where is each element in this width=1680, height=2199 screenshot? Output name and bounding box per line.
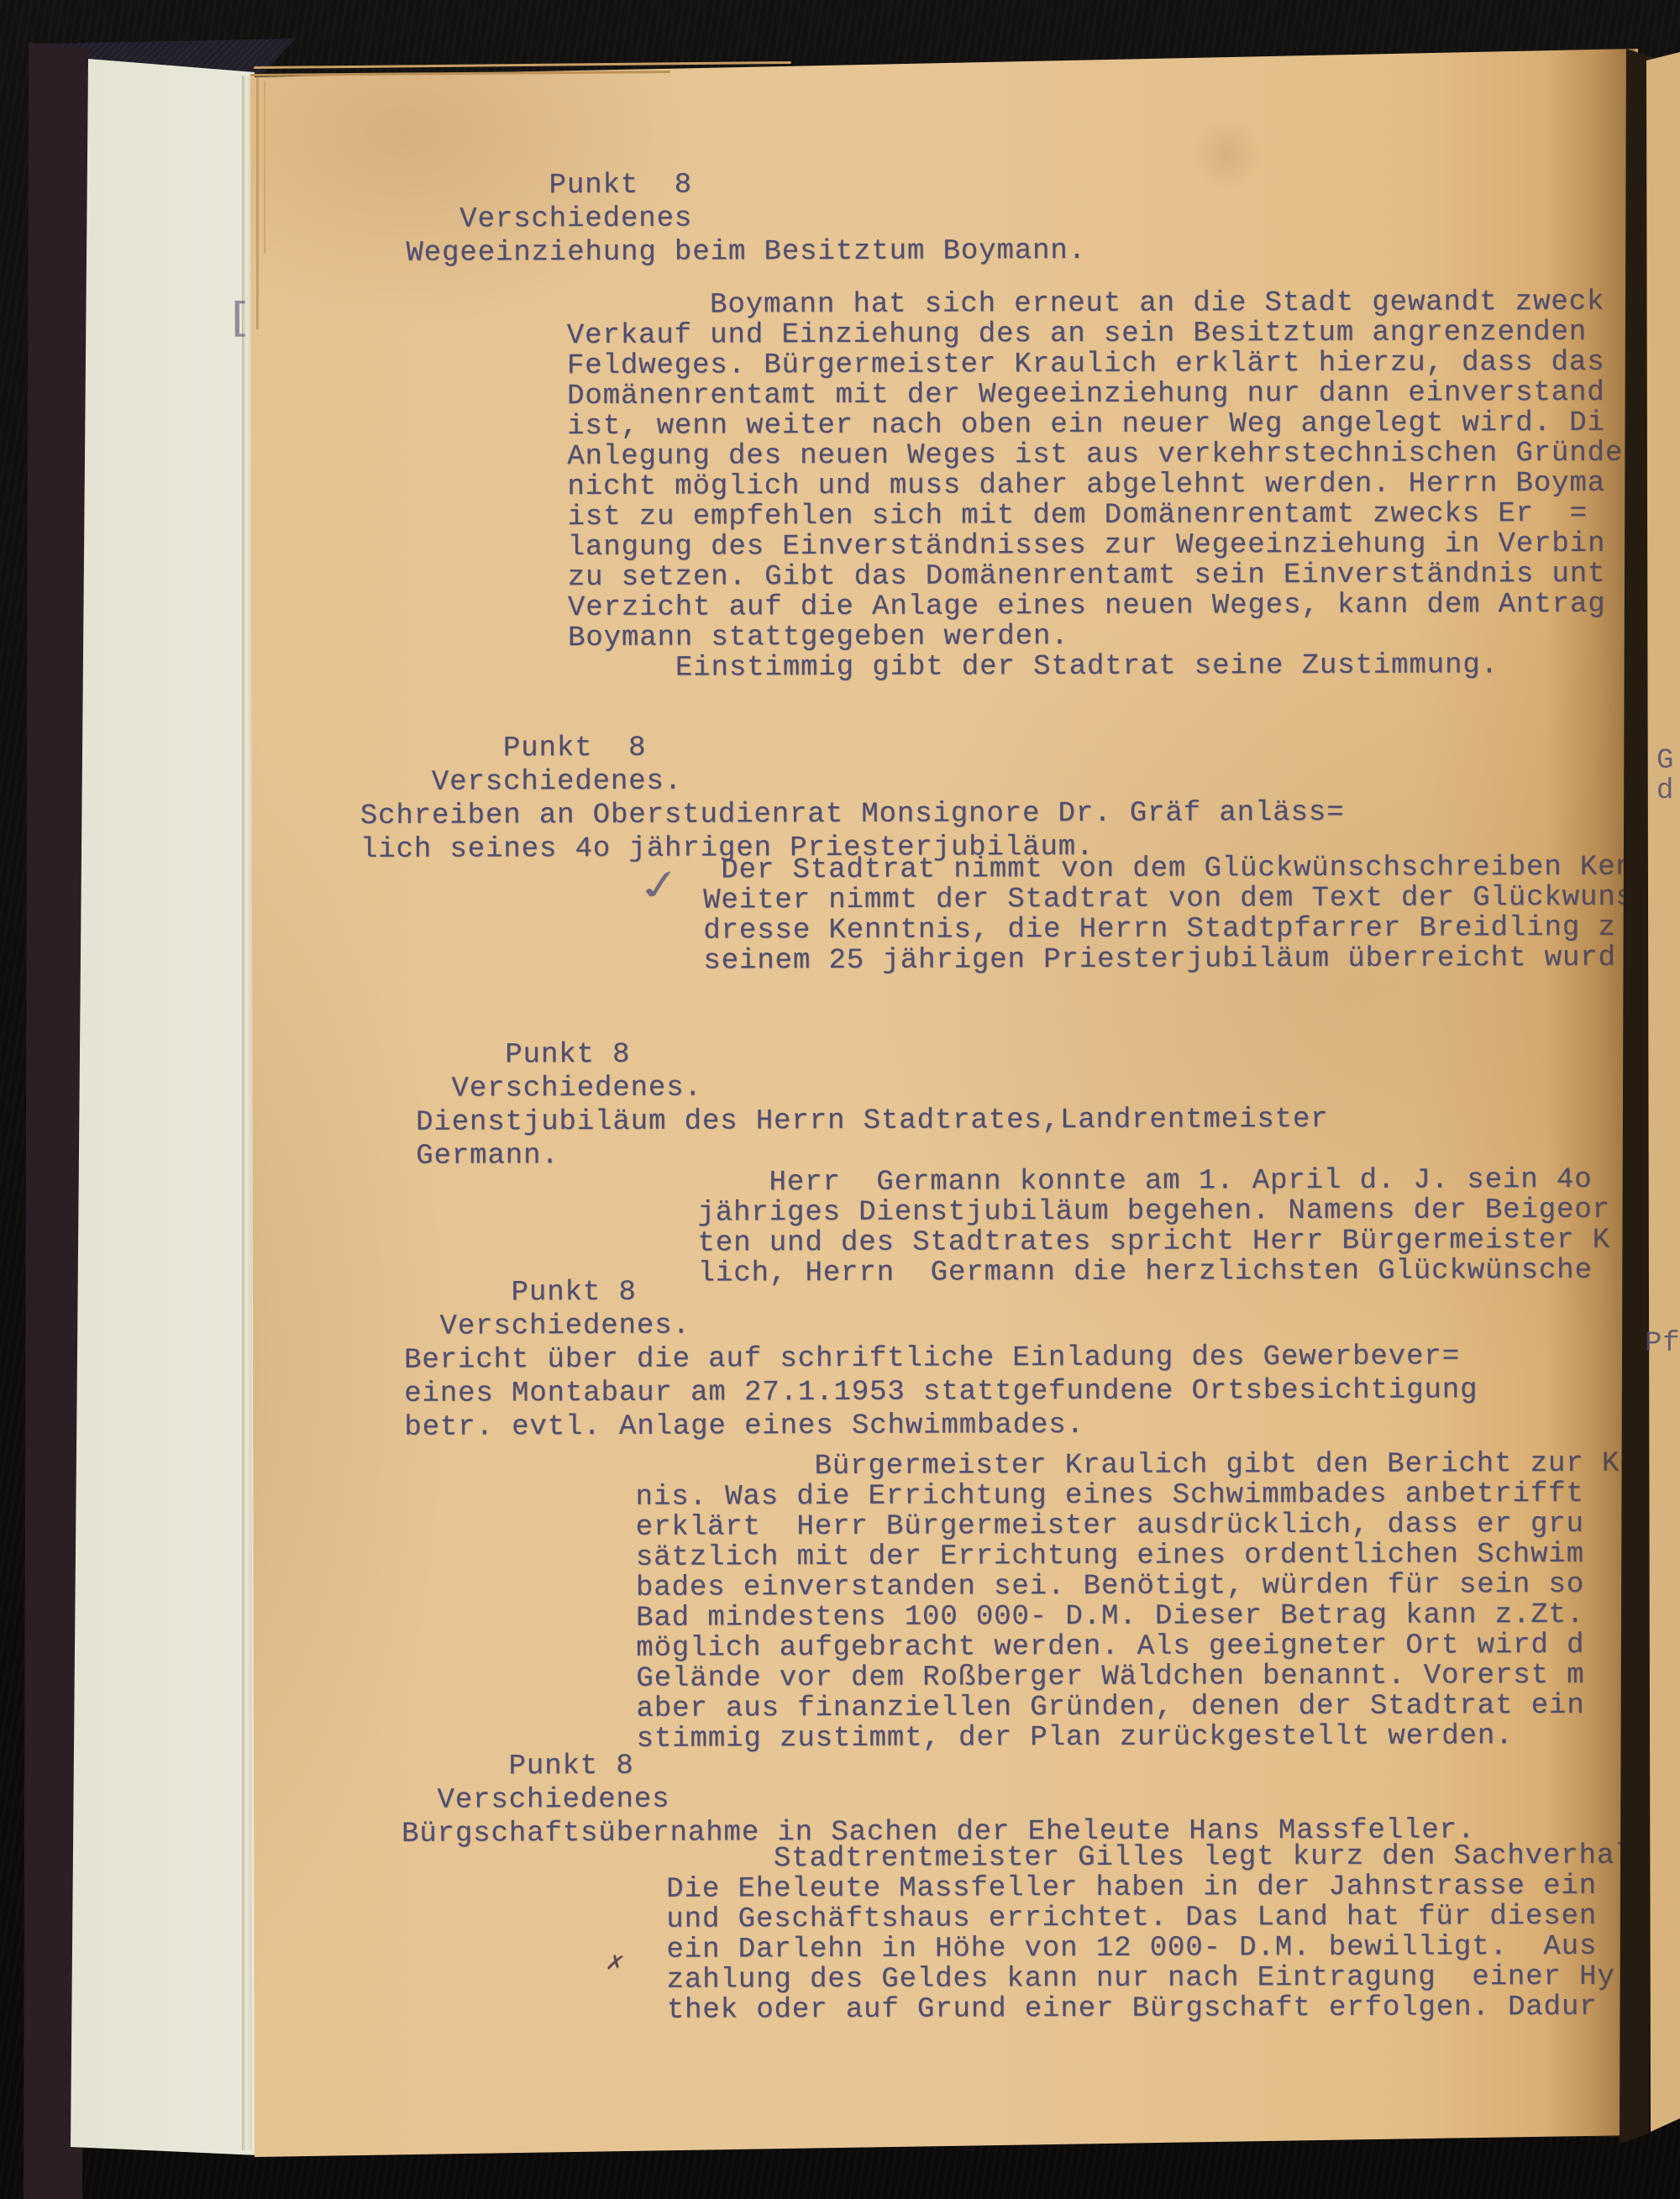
handwritten-check-mark: ✓	[632, 859, 687, 912]
section-5-heading: Punkt 8 Verschiedenes Bürgschaftsübernah…	[402, 1746, 1476, 1850]
section-1-heading: Punkt 8 Verschiedenes Wegeeinziehung bei…	[406, 167, 1086, 270]
section-3-heading: Punkt 8 Verschiedenes. Dienstjubiläum de…	[416, 1036, 1329, 1173]
adjacent-page-text-fragment-mid: Pf	[1645, 1329, 1680, 1359]
scanned-book-page: Punkt 8 Verschiedenes Wegeeinziehung bei…	[0, 0, 1680, 2199]
section-1-body: Boymann hat sich erneut an die Stadt gew…	[567, 287, 1625, 684]
section-2-body: Der Stadtrat nimmt von dem Glückwünschsc…	[703, 853, 1634, 977]
handwritten-scribble-mark: ✗	[604, 1950, 627, 1978]
section-3-body: Herr Germann konnte am 1. April d. J. se…	[697, 1165, 1610, 1289]
section-4-heading: Punkt 8 Verschiedenes. Bericht über die …	[404, 1273, 1478, 1444]
typewritten-text-layer: Punkt 8 Verschiedenes Wegeeinziehung bei…	[0, 0, 1680, 2199]
adjacent-page-text-fragment-top: G d	[1656, 746, 1674, 806]
section-4-body: Bürgermeister Kraulich gibt den Bericht …	[635, 1449, 1674, 1755]
section-2-heading: Punkt 8 Verschiedenes. Schreiben an Ober…	[360, 729, 1344, 867]
section-5-body: Stadtrentmeister Gilles legt kurz den Sa…	[666, 1840, 1680, 2025]
handwritten-bracket-mark: [	[231, 294, 250, 341]
